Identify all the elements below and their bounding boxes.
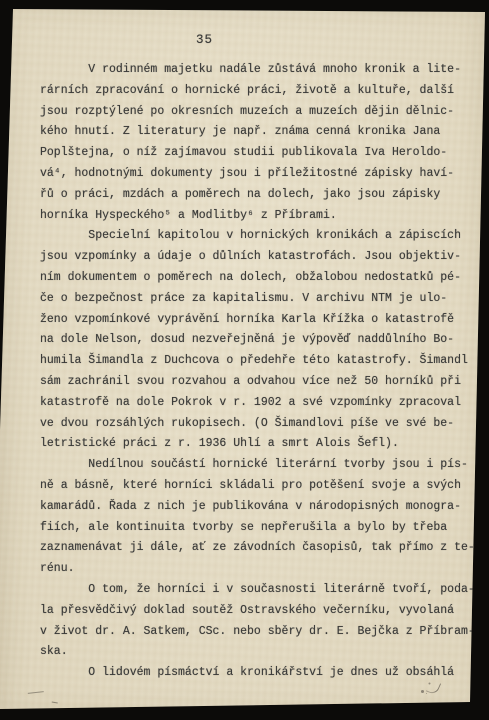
scan-background: 35 V rodinném majetku nadále zůstává mno… [0,0,489,720]
text-line: jsou rozptýlené po okresních muzeích a m… [40,102,472,123]
text-line: na dole Nelson, dosud nezveřejněná je vý… [40,330,472,351]
text-line: ve dvou rozsáhlých rukopisech. (O Šimand… [40,414,472,435]
text-line: če o bezpečnost práce za kapitalismu. V … [40,289,472,310]
text-line: řů o práci, mzdách a poměrech na dolech,… [40,185,472,206]
text-line: V rodinném majetku nadále zůstává mnoho … [40,60,472,81]
text-line: sám zachránil svou rozvahou a odvahou ví… [40,372,472,393]
text-line: O tom, že horníci i v současnosti literá… [40,580,472,601]
text-line: la přesvědčivý doklad soutěž Ostravského… [40,601,472,622]
text-line: ním dokumentem o poměrech na dolech, obž… [40,268,472,289]
text-line: zaznamenávat ji dále, ať ze závodních ča… [40,538,472,559]
text-line: kamarádů. Řada z nich je publikována v n… [40,497,472,518]
text-line: Specielní kapitolou v hornických kroniká… [40,226,472,247]
text-line: horníka Hyspeckého⁵ a Modlitby⁶ z Příbra… [40,206,472,227]
text-line: ně a básně, které horníci skládali pro p… [40,476,472,497]
text-block: V rodinném majetku nadále zůstává mnoho … [40,60,472,684]
text-line: v život dr. A. Satkem, CSc. nebo sběry d… [40,622,472,643]
text-line: vá⁴, hodnotnými dokumenty jsou i příleži… [40,164,472,185]
ink-smudge [421,690,424,693]
text-line: ska. [40,642,472,663]
text-line: Poplštejna, o níž zajímavou studii publi… [40,143,472,164]
text-line: rárních zpracování o hornické práci, živ… [40,81,472,102]
text-line: fiích, ale kontinuita tvorby se nepřeruš… [40,518,472,539]
page-number: 35 [196,33,213,47]
text-line: katastrofě na dole Pokrok v r. 1902 a sv… [40,393,472,414]
document-page: 35 V rodinném majetku nadále zůstává mno… [0,0,489,720]
text-line: kého hnutí. Z literatury je např. známa … [40,122,472,143]
text-line: jsou vzpomínky a údaje o důlních katastr… [40,247,472,268]
text-line: letristické práci z r. 1936 Uhlí a smrt … [40,434,472,455]
ink-smudge [52,699,59,704]
text-line: humila Šimandla z Duchcova o předehře té… [40,351,472,372]
text-line: rénu. [40,559,472,580]
text-line: Nedílnou součástí hornické literární tvo… [40,455,472,476]
ink-smudge [28,691,44,698]
text-line: O lidovém písmáctví a kronikářství je dn… [40,663,472,684]
text-line: ženo vzpomínkové vyprávění horníka Karla… [40,310,472,331]
